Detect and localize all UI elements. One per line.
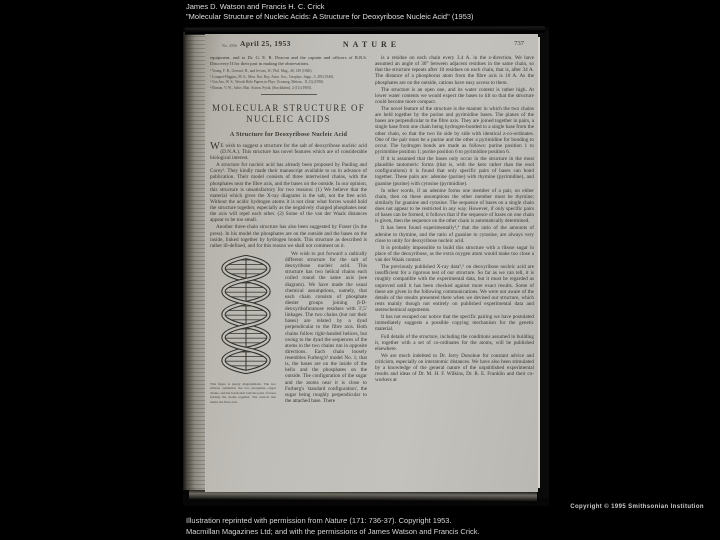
left-column: equipment, and to Dr. G. E. R. Deacon an… — [210, 55, 367, 487]
paragraph: Full details of the structure, including… — [375, 334, 534, 352]
paragraph: The novel feature of the structure is th… — [375, 106, 534, 155]
journal-name: NATURE — [205, 40, 538, 49]
bottom-caption: Illustration reprinted with permission f… — [186, 515, 480, 537]
journal-header: No. 4356 April 25, 1953 NATURE 737 — [205, 39, 538, 51]
book-right-cover — [538, 31, 549, 498]
credit-line-2: Macmillan Magazines Ltd; and with the pe… — [186, 526, 480, 537]
dna-double-helix-diagram — [213, 251, 279, 379]
smithsonian-copyright: Copyright © 1995 Smithsonian Institution — [570, 504, 704, 510]
book-gutter-pages — [183, 32, 205, 490]
paragraph: It has not escaped our notice that the s… — [375, 314, 534, 332]
credit-journal-name: Nature — [325, 516, 348, 525]
reference-item: ⁴ Ekman, V. W., Arkiv. Mat. Astron. Fysi… — [210, 86, 367, 90]
reference-item: ² Longuet-Higgins, M. S., Mon. Not. Roy.… — [210, 75, 367, 79]
figure-caption: This figure is purely diagrammatic. The … — [210, 382, 276, 404]
right-column: is a residue on each chain every 3.4 A. … — [375, 55, 534, 487]
paragraph: In other words, if an adenine forms one … — [375, 188, 534, 225]
section-divider — [261, 94, 317, 95]
references-list: ¹ Young, F. B., Gerrard, H., and Jevons,… — [210, 69, 367, 90]
paragraph: Another three-chain structure has also b… — [210, 224, 367, 249]
paragraph-text: E wish to suggest a structure for the sa… — [210, 143, 367, 161]
credit-prefix: Illustration reprinted with permission f… — [186, 516, 325, 525]
article-title: MOLECULAR STRUCTURE OFNUCLEIC ACIDS — [210, 103, 367, 124]
caption-author-line: James D. Watson and Francis H. C. Crick — [186, 2, 474, 12]
paragraph: If it is assumed that the bases only occ… — [375, 156, 534, 187]
article-subtitle: A Structure for Deoxyribose Nucleic Acid — [210, 131, 367, 138]
caption-title-line: "Molecular Structure of Nucleic Acids: A… — [186, 12, 474, 22]
paragraph: We wish to put forward a radically diffe… — [285, 251, 367, 404]
top-caption: James D. Watson and Francis H. C. Crick … — [186, 2, 474, 22]
dna-helix-figure: This figure is purely diagrammatic. The … — [210, 251, 282, 404]
paragraph: A structure for nucleic acid has already… — [210, 162, 367, 223]
article-title-line2: NUCLEIC ACIDS — [246, 114, 331, 124]
previous-article-text: equipment, and to Dr. G. E. R. Deacon an… — [210, 55, 367, 66]
paragraph: We are much indebted to Dr. Jerry Donohu… — [375, 353, 534, 384]
journal-page: No. 4356 April 25, 1953 NATURE 737 equip… — [205, 34, 538, 492]
drop-cap: W — [210, 143, 220, 152]
paragraph: is a residue on each chain every 3.4 A. … — [375, 55, 534, 86]
paragraph: The previously published X-ray data⁵,⁶ o… — [375, 264, 534, 313]
credit-line-1: Illustration reprinted with permission f… — [186, 515, 480, 526]
viewer-stage: James D. Watson and Francis H. C. Crick … — [0, 0, 720, 540]
figure-and-text-row: This figure is purely diagrammatic. The … — [210, 251, 367, 404]
paragraph: WE wish to suggest a structure for the s… — [210, 143, 367, 161]
paragraph: It has been found experimentally³,⁴ that… — [375, 225, 534, 243]
paragraph: It is probably impossible to build this … — [375, 245, 534, 263]
reference-item: ¹ Young, F. B., Gerrard, H., and Jevons,… — [210, 69, 367, 73]
reference-item: ³ Von Arx, W. S., Woods Hole Papers in P… — [210, 80, 367, 84]
credit-suffix: (171: 736-37). Copyright 1953. — [347, 516, 451, 525]
book-photo: No. 4356 April 25, 1953 NATURE 737 equip… — [183, 27, 549, 506]
page-number: 737 — [514, 40, 524, 47]
paragraph: The structure is an open one, and its wa… — [375, 87, 534, 105]
article-title-line1: MOLECULAR STRUCTURE OF — [212, 103, 365, 113]
